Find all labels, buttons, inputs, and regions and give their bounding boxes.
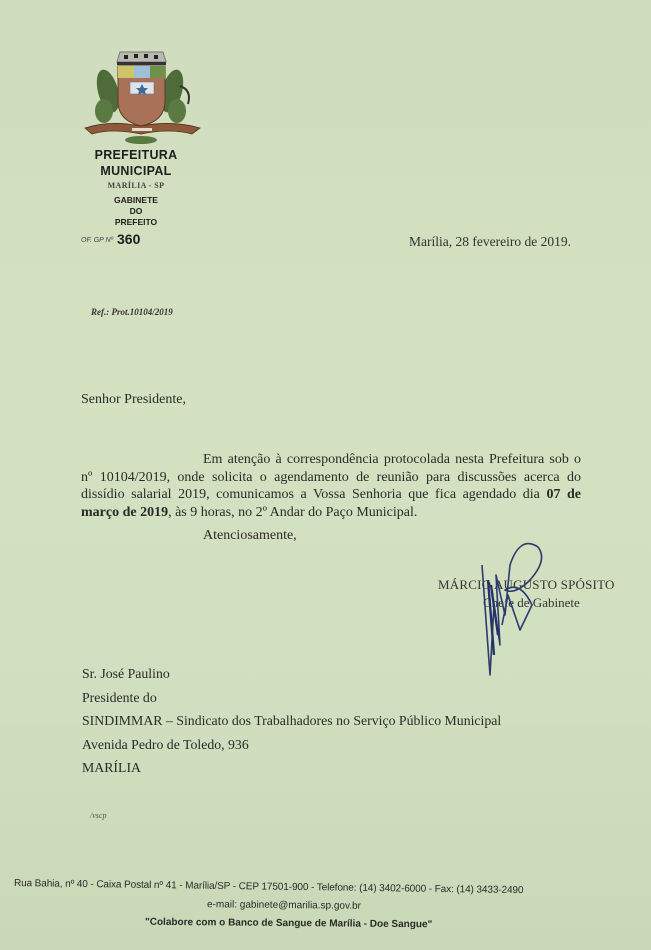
typist-initials: /vscp	[90, 811, 106, 820]
letter-body: Em atenção à correspondência protocolada…	[81, 451, 581, 521]
recipient-organization: SINDIMMAR – Sindicato dos Trabalhadores …	[82, 709, 501, 733]
recipient-street: Avenida Pedro de Toledo, 936	[82, 733, 501, 757]
recipient-city: MARÍLIA	[82, 756, 501, 780]
body-text-end: , às 9 horas, no 2º Andar do Paço Munici…	[168, 505, 417, 520]
footer-email: e-mail: gabinete@marilia.sp.gov.br	[207, 899, 361, 912]
document-number-label: OF. GP Nº	[81, 237, 113, 244]
reference-number: Ref.: Prot.10104/2019	[91, 307, 173, 317]
org-name-line1: PREFEITURA	[80, 148, 192, 162]
office-line3: PREFEITO	[80, 217, 192, 228]
letter-date: Marília, 28 fevereiro de 2019.	[409, 234, 571, 250]
org-name-line2: MUNICIPAL	[80, 164, 192, 178]
footer-slogan: "Colabore com o Banco de Sangue de Maríl…	[145, 917, 432, 931]
municipal-coat-of-arms-icon	[80, 46, 205, 146]
office-line2: DO	[80, 206, 192, 217]
office-name: GABINETE DO PREFEITO	[80, 195, 192, 228]
document-number: 360	[117, 231, 140, 247]
recipient-address: Sr. José Paulino Presidente do SINDIMMAR…	[82, 662, 501, 780]
office-line1: GABINETE	[80, 195, 192, 206]
body-text-start: Em atenção à correspondência protocolada…	[81, 452, 581, 502]
recipient-title: Presidente do	[82, 686, 501, 710]
org-city: MARÍLIA - SP	[80, 181, 192, 190]
footer-address: Rua Bahia, nº 40 - Caixa Postal nº 41 - …	[14, 878, 524, 896]
closing: Atenciosamente,	[203, 528, 297, 544]
recipient-name: Sr. José Paulino	[82, 662, 501, 686]
salutation: Senhor Presidente,	[81, 392, 186, 408]
